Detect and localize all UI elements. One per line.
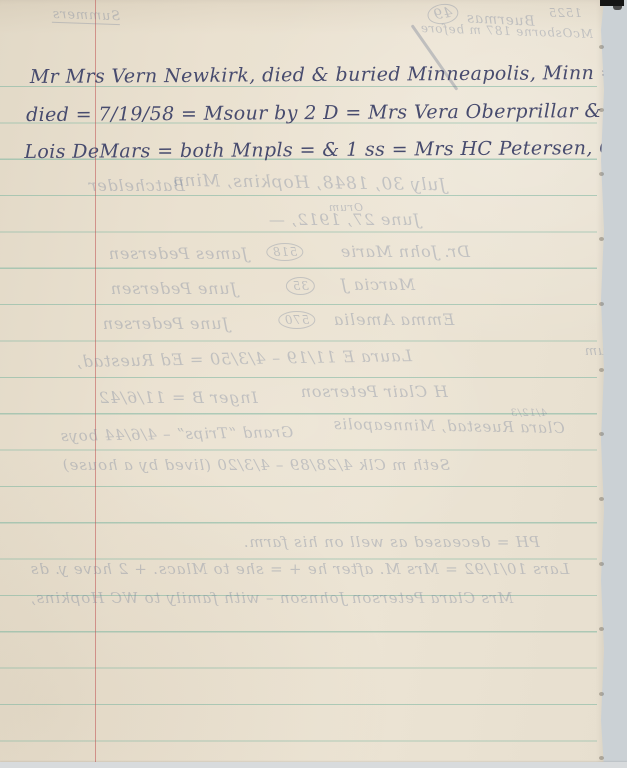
paper-edge-speck xyxy=(599,172,604,176)
handwritten-line: Mr Mrs Vern Newkirk, died & buried Minne… xyxy=(30,48,609,89)
ruled-lines xyxy=(0,86,597,742)
paper-edge-speck xyxy=(599,692,604,696)
scan-bottom-edge xyxy=(0,762,627,768)
paper-edge-speck xyxy=(599,368,604,372)
paper-edge-speck xyxy=(599,45,604,49)
scanned-notebook-page: Summers49Buermas1525McOsborne 187 m befo… xyxy=(0,0,627,768)
paper-edge-speck xyxy=(599,756,604,760)
paper-edge-speck xyxy=(599,497,604,501)
handwritten-line: Lois DeMars = both Mnpls = & 1 ss = Mrs … xyxy=(24,123,609,164)
paper-edge-speck xyxy=(599,562,604,566)
paper-edge-speck xyxy=(599,432,604,436)
paper-edge-speck xyxy=(599,302,604,306)
paper-edge-speck xyxy=(599,627,604,631)
handwritten-line: died = 7/19/58 = Msour by 2 D = Mrs Vera… xyxy=(26,85,609,126)
paper-edge-speck xyxy=(599,108,604,112)
paper-edge-speck xyxy=(599,237,604,241)
handwriting-block: Mr Mrs Vern Newkirk, died & buried Minne… xyxy=(24,48,610,164)
scan-corner-notch xyxy=(613,6,622,10)
